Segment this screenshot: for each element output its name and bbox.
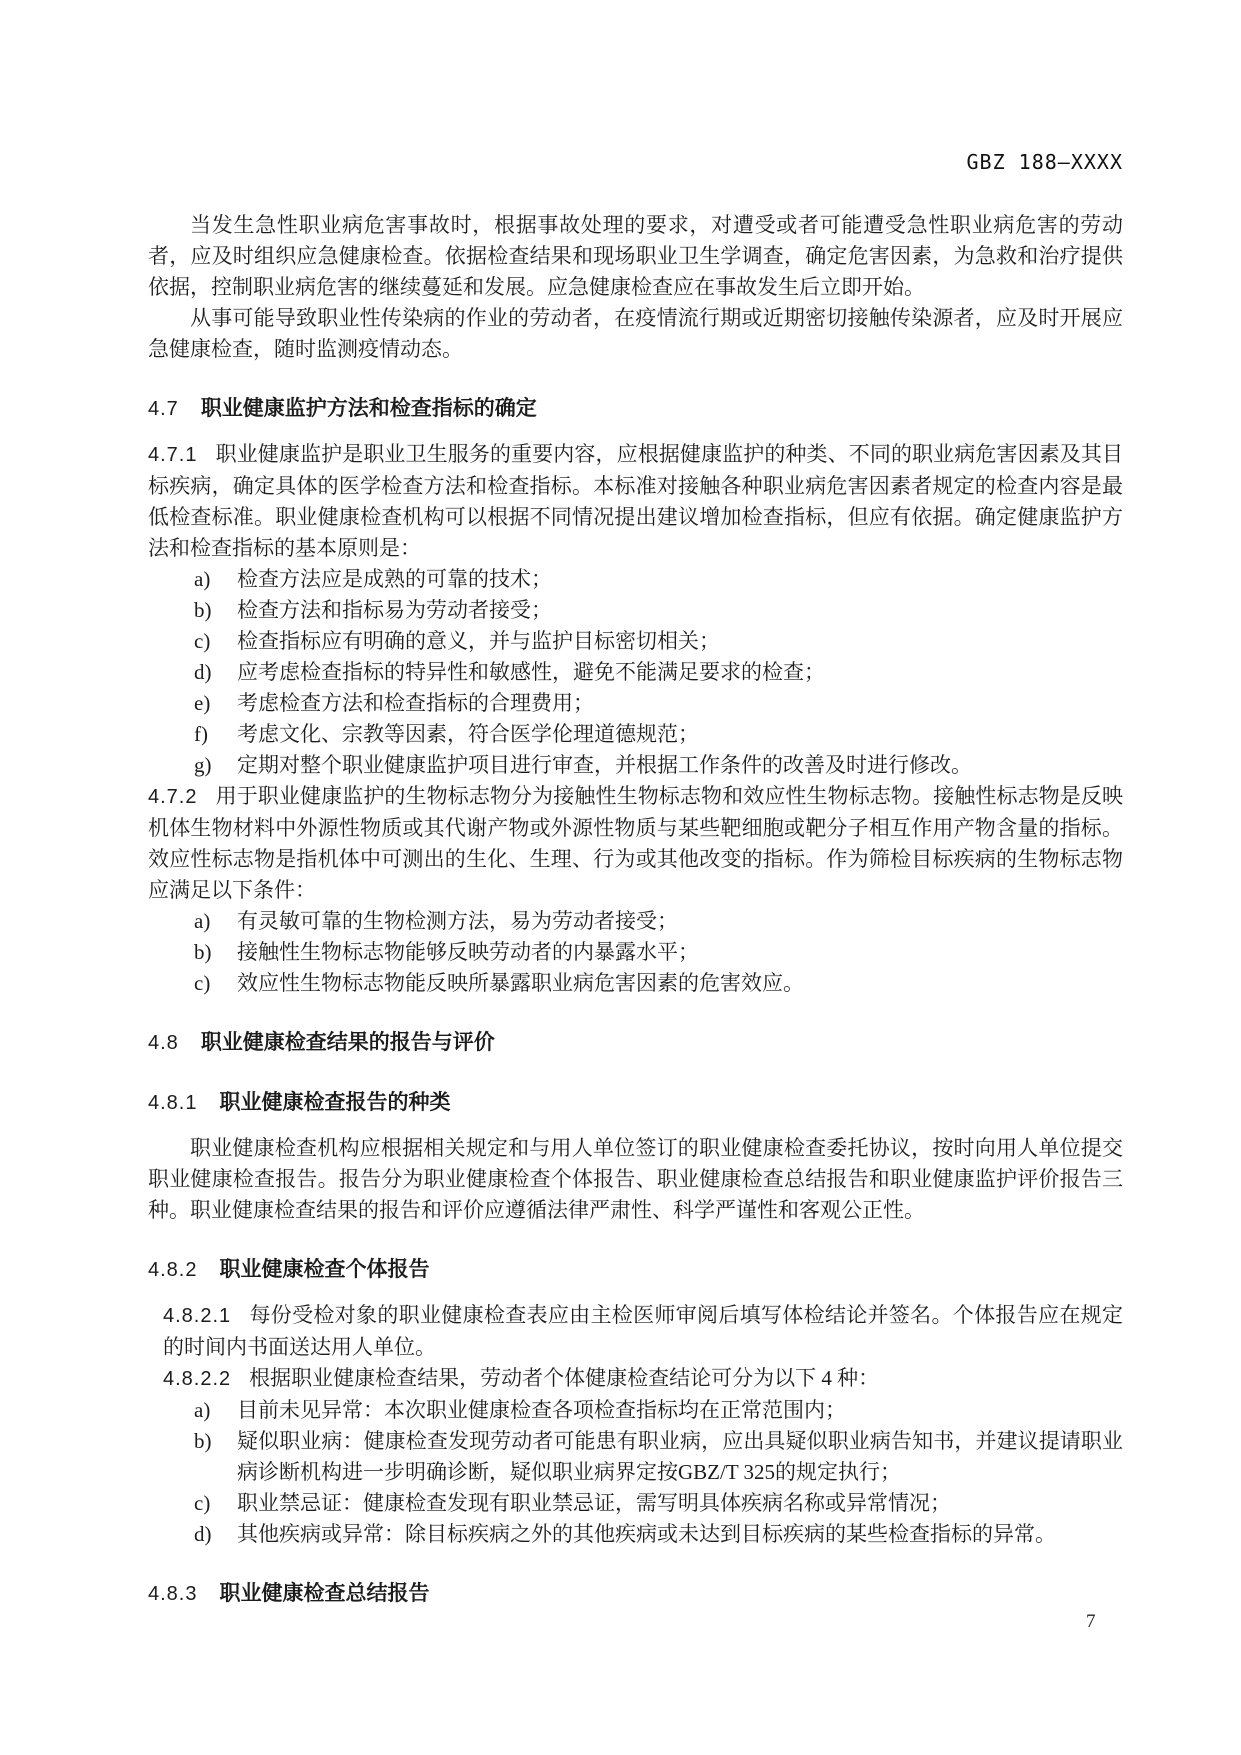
list-marker: d)	[194, 1519, 237, 1550]
section-heading-4-8-2: 4.8.2职业健康检查个体报告	[148, 1254, 1123, 1286]
list-item-text: 职业禁忌证：健康检查发现有职业禁忌证，需写明具体疾病名称或异常情况；	[237, 1491, 951, 1515]
clause-number: 4.7.1	[148, 444, 197, 466]
list-item-text: 应考虑检查指标的特异性和敏感性，避免不能满足要求的检查；	[237, 660, 825, 684]
clause-number: 4.8.2.2	[163, 1368, 231, 1390]
clause-text: 用于职业健康监护的生物标志物分为接触性生物标志物和效应性生物标志物。接触性标志物…	[148, 784, 1123, 902]
heading-title: 职业健康检查总结报告	[219, 1582, 429, 1605]
list-marker: b)	[194, 595, 237, 626]
list-item: e)考虑检查方法和检查指标的合理费用；	[194, 688, 1123, 719]
heading-number: 4.8.1	[148, 1092, 197, 1114]
heading-number: 4.8	[148, 1032, 179, 1054]
list-marker: a)	[194, 564, 237, 595]
list-marker: g)	[194, 750, 237, 781]
clause-number: 4.8.2.1	[163, 1305, 231, 1327]
list-marker: c)	[194, 1488, 237, 1519]
heading-number: 4.7	[148, 398, 179, 420]
principles-list-4-7-1: a)检查方法应是成熟的可靠的技术； b)检查方法和指标易为劳动者接受； c)检查…	[148, 564, 1123, 781]
list-item-text: 考虑检查方法和检查指标的合理费用；	[237, 691, 594, 715]
list-item-text: 疑似职业病：健康检查发现劳动者可能患有职业病，应出具疑似职业病告知书，并建议提请…	[237, 1429, 1123, 1484]
clause-4-8-2-1: 4.8.2.1每份受检对象的职业健康检查表应由主检医师审阅后填写体检结论并签名。…	[163, 1300, 1123, 1363]
list-item: a)有灵敏可靠的生物检测方法，易为劳动者接受；	[194, 906, 1123, 937]
list-marker: d)	[194, 657, 237, 688]
section-heading-4-8-3: 4.8.3职业健康检查总结报告	[148, 1578, 1123, 1610]
list-item: f)考虑文化、宗教等因素，符合医学伦理道德规范；	[194, 719, 1123, 750]
list-item-text: 其他疾病或异常：除目标疾病之外的其他疾病或未达到目标疾病的某些检查指标的异常。	[237, 1522, 1056, 1546]
conclusion-types-list-4-8-2-2: a)目前未见异常：本次职业健康检查各项检查指标均在正常范围内； b)疑似职业病：…	[148, 1395, 1123, 1550]
list-item: g)定期对整个职业健康监护项目进行审查，并根据工作条件的改善及时进行修改。	[194, 750, 1123, 781]
list-item-text: 效应性生物标志物能反映所暴露职业病危害因素的危害效应。	[237, 971, 804, 995]
paragraph-report-types: 职业健康检查机构应根据相关规定和与用人单位签订的职业健康检查委托协议，按时向用人…	[148, 1133, 1123, 1226]
clause-text: 职业健康监护是职业卫生服务的重要内容，应根据健康监护的种类、不同的职业病危害因素…	[148, 442, 1123, 560]
list-marker: b)	[194, 937, 237, 968]
list-item: b)接触性生物标志物能够反映劳动者的内暴露水平；	[194, 937, 1123, 968]
list-item-text: 目前未见异常：本次职业健康检查各项检查指标均在正常范围内；	[237, 1398, 846, 1422]
list-marker: b)	[194, 1426, 237, 1457]
list-item-text: 有灵敏可靠的生物检测方法，易为劳动者接受；	[237, 909, 678, 933]
section-heading-4-7: 4.7职业健康监护方法和检查指标的确定	[148, 393, 1123, 425]
paragraph-infectious-disease: 从事可能导致职业性传染病的作业的劳动者，在疫情流行期或近期密切接触传染源者，应及…	[148, 303, 1123, 365]
clause-text: 根据职业健康检查结果，劳动者个体健康检查结论可分为以下 4 种：	[249, 1366, 879, 1390]
clause-4-7-2: 4.7.2用于职业健康监护的生物标志物分为接触性生物标志物和效应性生物标志物。接…	[148, 781, 1123, 906]
list-item: c)效应性生物标志物能反映所暴露职业病危害因素的危害效应。	[194, 968, 1123, 999]
list-item: a)目前未见异常：本次职业健康检查各项检查指标均在正常范围内；	[194, 1395, 1123, 1426]
clause-number: 4.7.2	[148, 786, 197, 808]
list-item: d)其他疾病或异常：除目标疾病之外的其他疾病或未达到目标疾病的某些检查指标的异常…	[194, 1519, 1123, 1550]
document-page: GBZ 188—XXXX 当发生急性职业病危害事故时，根据事故处理的要求，对遭受…	[0, 0, 1241, 1755]
section-heading-4-8-1: 4.8.1职业健康检查报告的种类	[148, 1087, 1123, 1119]
heading-title: 职业健康检查个体报告	[219, 1258, 429, 1281]
heading-title: 职业健康监护方法和检查指标的确定	[201, 397, 537, 420]
list-item: d)应考虑检查指标的特异性和敏感性，避免不能满足要求的检查；	[194, 657, 1123, 688]
section-heading-4-8: 4.8职业健康检查结果的报告与评价	[148, 1027, 1123, 1059]
list-marker: c)	[194, 968, 237, 999]
list-marker: e)	[194, 688, 237, 719]
clause-4-7-1: 4.7.1职业健康监护是职业卫生服务的重要内容，应根据健康监护的种类、不同的职业…	[148, 439, 1123, 564]
list-item-text: 接触性生物标志物能够反映劳动者的内暴露水平；	[237, 940, 699, 964]
heading-number: 4.8.3	[148, 1583, 197, 1605]
list-item-text: 定期对整个职业健康监护项目进行审查，并根据工作条件的改善及时进行修改。	[237, 753, 972, 777]
list-item: b)疑似职业病：健康检查发现劳动者可能患有职业病，应出具疑似职业病告知书，并建议…	[194, 1426, 1123, 1488]
list-item: c)检查指标应有明确的意义，并与监护目标密切相关；	[194, 626, 1123, 657]
list-item: b)检查方法和指标易为劳动者接受；	[194, 595, 1123, 626]
standard-code-header: GBZ 188—XXXX	[148, 150, 1123, 174]
clause-text: 每份受检对象的职业健康检查表应由主检医师审阅后填写体检结论并签名。个体报告应在规…	[163, 1303, 1123, 1359]
list-item: a)检查方法应是成熟的可靠的技术；	[194, 564, 1123, 595]
clause-block-4-8-2: 4.8.2.1每份受检对象的职业健康检查表应由主检医师审阅后填写体检结论并签名。…	[163, 1300, 1123, 1395]
heading-title: 职业健康检查结果的报告与评价	[201, 1031, 495, 1054]
biomarker-conditions-list-4-7-2: a)有灵敏可靠的生物检测方法，易为劳动者接受； b)接触性生物标志物能够反映劳动…	[148, 906, 1123, 999]
list-marker: f)	[194, 719, 237, 750]
list-item-text: 考虑文化、宗教等因素，符合医学伦理道德规范；	[237, 722, 699, 746]
list-marker: c)	[194, 626, 237, 657]
list-item-text: 检查方法和指标易为劳动者接受；	[237, 598, 552, 622]
paragraph-emergency-check: 当发生急性职业病危害事故时，根据事故处理的要求，对遭受或者可能遭受急性职业病危害…	[148, 210, 1123, 303]
list-marker: a)	[194, 906, 237, 937]
clause-4-8-2-2: 4.8.2.2根据职业健康检查结果，劳动者个体健康检查结论可分为以下 4 种：	[163, 1363, 1123, 1395]
list-item: c)职业禁忌证：健康检查发现有职业禁忌证，需写明具体疾病名称或异常情况；	[194, 1488, 1123, 1519]
page-number: 7	[1086, 1610, 1096, 1634]
list-item-text: 检查方法应是成熟的可靠的技术；	[237, 567, 552, 591]
list-item-text: 检查指标应有明确的意义，并与监护目标密切相关；	[237, 629, 720, 653]
heading-title: 职业健康检查报告的种类	[219, 1091, 450, 1114]
heading-number: 4.8.2	[148, 1259, 197, 1281]
list-marker: a)	[194, 1395, 237, 1426]
